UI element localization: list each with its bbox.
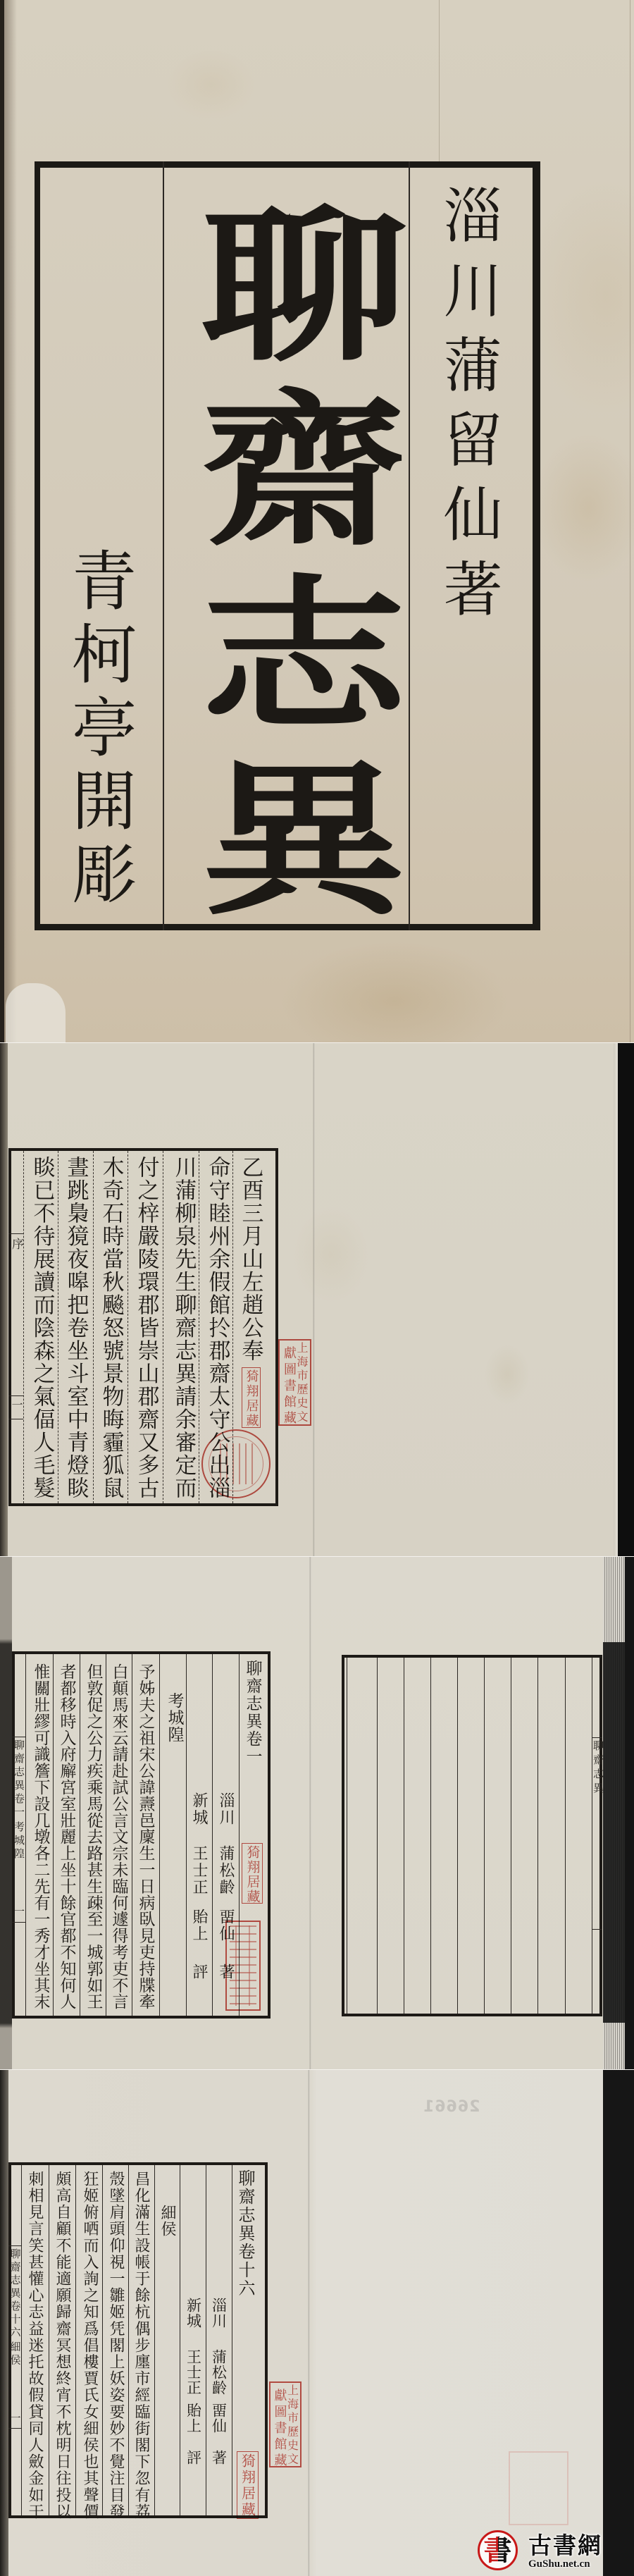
story-title: 細侯: [159, 2205, 175, 2237]
library-seal: 上海市歷史文 獻圖書館藏: [278, 1339, 311, 1426]
cover-divider-left: [163, 161, 164, 930]
collector-seal: 猗翔居藏: [242, 1367, 261, 1428]
body-column: 殼墜肩頭仰視一雛姬凭閣上妖姿要妙不覺注目發: [108, 2171, 123, 2520]
spine-rule-bottom: [8, 1419, 23, 1419]
column-rule: [212, 1654, 213, 2016]
juan16-spread: 聊齋志異卷十六 細侯 一 聊齋志異卷十六 淄川 蒲松齡 畱仙 著 新城 王士正 …: [0, 2070, 634, 2576]
author-name: 蒲松齡: [211, 2349, 226, 2396]
bleed-through-number: 26661: [423, 2098, 480, 2116]
author-place: 淄川: [211, 2298, 226, 2329]
preface-column: 乙酉三月山左趙公奉: [240, 1156, 261, 1362]
spine-divider: [592, 1658, 592, 2014]
spine-page-number: 一: [10, 2412, 20, 2423]
column-rule: [128, 1151, 128, 1503]
column-rule: [430, 1658, 431, 2014]
spine-divider: [25, 1654, 26, 2016]
column-rule: [377, 1658, 378, 2014]
spine-story: 細侯: [10, 2341, 20, 2367]
body-column: 惟關壯繆可識簷下設几墩各二先有一秀才坐其末: [32, 1663, 49, 2009]
library-seal-line: 上海市歷史文: [296, 1342, 307, 1424]
bleed-through-seal: [509, 2451, 568, 2525]
watermark-logo: 書: [478, 2530, 518, 2570]
page-fold: [313, 1043, 315, 1556]
commentator-courtesy-name: 貽上: [191, 1909, 206, 1942]
column-rule: [232, 2165, 232, 2515]
page-fold: [309, 1557, 311, 2069]
author-place: 淄川: [218, 1792, 233, 1826]
column-rule: [180, 2165, 180, 2515]
binding-edge: [0, 1557, 12, 2069]
collector-seal-text: 猗翔居藏: [245, 1369, 258, 1429]
page-edge-line: [630, 0, 630, 1042]
library-seal-line: 上海市歷史文: [287, 2384, 298, 2467]
body-column: 白顛馬來云請赴試公言文宗未臨何遽得考吏不言: [111, 1663, 127, 2009]
preface-column: 付之梓嚴陵環郡皆崇山郡齋又多古: [135, 1156, 157, 1500]
spine-rule-top: [8, 2245, 21, 2246]
spine-rule-bottom: [8, 2428, 21, 2429]
commentator-role: 評: [186, 2450, 201, 2465]
body-column: 但敦促之公力疾乘馬從去路甚生疎至一城郭如王: [85, 1663, 101, 2009]
body-column: 頗高自顧不能適願歸齋冥想終宵不枕明日往投以: [54, 2171, 70, 2520]
library-seal-line: 獻圖書館藏: [273, 2389, 286, 2470]
facing-spine-title: 聊齋志異: [592, 1740, 603, 1797]
spine-rule-top: [592, 1737, 602, 1738]
commentator-place: 新城: [191, 1792, 206, 1826]
scan-background-edge: [625, 1557, 634, 2069]
preface-column: 睒已不待展讀而陰森之氣偪人毛髮: [31, 1156, 53, 1500]
preface-column: 晝跳梟獍夜嗥把卷坐斗室中青燈睒: [65, 1156, 87, 1500]
binding-edge: [0, 1043, 8, 1556]
column-rule: [49, 2165, 49, 2515]
column-rule: [102, 2165, 103, 2515]
collector-seal: 猗翔居藏: [242, 1843, 263, 1904]
column-rule: [511, 1658, 511, 2014]
volume-title: 聊齋志異卷一: [244, 1660, 261, 1765]
author-name: 蒲松齡: [218, 1845, 233, 1896]
spine-rule-bottom: [592, 1929, 602, 1930]
spine-divider: [21, 2165, 22, 2515]
round-seal-glyph-strokes: [220, 1443, 254, 1484]
volume-title: 聊齋志異卷十六: [237, 2169, 254, 2298]
binding-edge: [0, 2070, 8, 2576]
spine-title: 聊齋志異卷一: [13, 1739, 24, 1820]
spine-page-number: 一: [13, 1906, 24, 1916]
column-rule: [404, 1658, 404, 2014]
column-rule: [199, 1151, 199, 1503]
collector-seal: 猗翔居藏: [237, 2451, 259, 2519]
commentator-name: 王士正: [186, 2349, 201, 2396]
scan-background-edge: [603, 2070, 634, 2576]
body-column: 者都移時入府廨宮室壯麗上坐十餘官都不知何人: [58, 1663, 75, 2009]
library-seal-line: 獻圖書館藏: [282, 1346, 295, 1427]
square-seal: [225, 1921, 261, 2011]
cover-publisher-line: 青柯亭開彫: [66, 547, 131, 913]
blank-ruled-frame: [342, 1655, 602, 2016]
column-rule: [80, 1654, 80, 2016]
cover-title: 聊齋志異: [184, 199, 391, 937]
commentator-courtesy-name: 貽上: [186, 2403, 201, 2434]
body-column: 狂姬俯哂而入詢之知爲倡樓賈氏女細侯也其聲價: [82, 2171, 97, 2520]
preface-page: 序 一 乙酉三月山左趙公奉 命守睦州余假館扵郡齋太守公出淄 川蒲柳泉先生聊齋志異…: [0, 1043, 634, 1556]
author-courtesy-name: 畱仙: [211, 2403, 226, 2434]
watermark-brand-name: 古書網: [528, 2534, 602, 2557]
scanned-book-pages: 淄川蒲留仙著 聊齋志異 青柯亭開彫 序 一 乙酉三月山左趙公奉 命守睦州余假館扵…: [0, 0, 634, 2576]
square-seal-glyph-strokes: [230, 1925, 256, 2006]
paper-crease: [439, 0, 440, 161]
spine-divider: [23, 1151, 24, 1503]
column-rule: [206, 2165, 206, 2515]
column-rule: [457, 1658, 458, 2014]
column-rule: [132, 1654, 132, 2016]
watermark-logo-glyph: 書: [484, 2537, 512, 2565]
column-rule: [128, 2165, 129, 2515]
collector-seal-text: 猗翔居藏: [246, 1845, 259, 1904]
library-seal: 上海市歷史文 獻圖書館藏: [269, 2381, 302, 2467]
spine-rule-top: [12, 1737, 25, 1737]
column-rule: [159, 1654, 160, 2016]
spine-rule-bottom: [12, 1922, 25, 1923]
cover-page: 淄川蒲留仙著 聊齋志異 青柯亭開彫: [0, 0, 634, 1042]
spine-rule-mid: [8, 1395, 23, 1396]
column-rule: [154, 2165, 155, 2515]
commentator-role: 評: [191, 1964, 206, 1980]
column-rule: [186, 1654, 187, 2016]
spine-page-number: 一: [11, 1399, 22, 1410]
commentator-name: 王士正: [191, 1845, 206, 1896]
watermark-domain: GuShu.net.cn: [528, 2559, 590, 2570]
spine-section-label: 序: [10, 1238, 22, 1250]
scan-background-edge: [618, 1043, 634, 1556]
spine-title: 聊齋志異卷十六: [10, 2248, 20, 2340]
column-rule: [93, 1151, 94, 1503]
spine-story: 考城隍: [13, 1821, 24, 1861]
column-rule: [484, 1658, 485, 2014]
preface-column: 川蒲柳泉先生聊齋志異請余審定而: [173, 1156, 194, 1500]
cover-author-line: 淄川蒲留仙著: [439, 185, 498, 633]
column-rule: [75, 2165, 76, 2515]
paper-wear-patch: [6, 983, 66, 1042]
story-title: 考城隍: [166, 1692, 182, 1743]
juan1-spread: 聊齋志異卷一 考城隍 一 聊齋志異卷一 淄川 蒲松齡 畱仙 著 新城 王士正 貽…: [0, 1557, 634, 2069]
column-rule: [58, 1151, 58, 1503]
commentator-place: 新城: [186, 2298, 201, 2329]
column-rule: [565, 1658, 566, 2014]
binding-shadow: [4, 0, 17, 1042]
column-rule: [537, 1658, 538, 2014]
inner-border-rule: [347, 1658, 347, 2014]
round-seal: [201, 1429, 271, 1498]
preface-column: 木奇石時當秋飈怒號景物晦霾狐鼠: [100, 1156, 122, 1500]
page-fold: [308, 2070, 310, 2576]
collector-seal-text: 猗翔居藏: [241, 2453, 255, 2518]
author-role: 著: [211, 2450, 226, 2465]
spine-rule-top: [8, 1233, 23, 1234]
body-column: 刺相見言笑甚懽心志益迷托故假貸同人斂金如干: [27, 2171, 42, 2520]
column-rule: [53, 1654, 54, 2016]
column-rule: [163, 1151, 163, 1503]
column-rule: [106, 1654, 106, 2016]
body-column: 昌化滿生設帳于餘杭偶步廛市經臨街閣下忽有荔: [133, 2171, 149, 2520]
body-column: 予姊夫之祖宋公諱燾邑廩生一日病臥見吏持牒牽: [137, 1663, 154, 2009]
